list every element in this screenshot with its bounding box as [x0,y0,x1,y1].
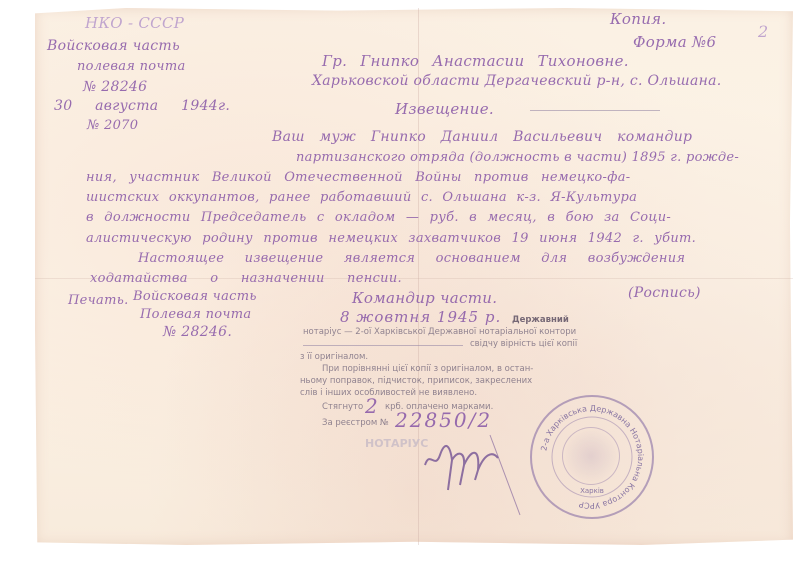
seal-label: Печать. [68,293,129,308]
notice-date: 30 августа 1944г. [54,98,230,114]
addressee-address: Харьковской области Дергачевский р-н, с.… [312,73,722,89]
body-line-1: Ваш муж Гнипко Даниил Васильевич команди… [272,129,692,145]
notary-line-6: ньому поправок, підчисток, приписок, зак… [300,376,532,386]
body-line-4: шистских оккупантов, ранее работавший с.… [86,190,637,205]
body-line-3: ния, участник Великой Отечественной Войн… [86,170,630,185]
notary-line-4: з її оригіналом. [300,352,368,362]
seal-field-post: Полевая почта [140,307,251,322]
notary-faint-stamp: НОТАРІУС [365,437,428,450]
notary-date: 8 жовтня 1945 р. [340,308,501,326]
body-line-2: партизанского отряда (должность в части)… [296,150,739,165]
notary-line-2: нотаріус — 2-ої Харківської Державної но… [303,327,576,337]
notary-fee-label: Стягнуто [322,402,363,412]
seal-city: Харків [580,487,604,495]
copy-label: Копия. [610,10,666,28]
notary-line-3: свідчу вірність цієї копії [470,339,577,349]
notary-round-seal: 2-а Харківська Державна Нотаріальна Конт… [530,395,654,519]
notice-number: № 2070 [87,118,138,133]
notary-line-7: слів і інших особливостей не виявлено. [300,388,477,398]
seal-unit-number: № 28246. [163,324,232,340]
body-line-6: алистическую родину против немецких захв… [86,231,696,246]
body-line-8: ходатайства о назначении пенсии. [90,271,402,286]
addressee-name: Гр. Гнипко Анастасии Тихоновне. [322,52,629,70]
notary-line-1-text: Державний [512,315,569,325]
notary-fee-value: 2 [365,394,378,418]
unit-number: № 28246 [83,79,147,95]
corner-mark: 2 [758,22,768,41]
field-post-label: полевая почта [77,59,186,74]
commander-label: Командир части. [352,289,497,307]
seal-text-ring: 2-а Харківська Державна Нотаріальна Конт… [532,397,652,517]
notary-line-5: При порівнянні цієї копії з оригіналом, … [322,364,533,374]
body-line-7: Настоящее извещение является основанием … [138,251,685,266]
form-number: Форма №6 [633,33,716,51]
unit-label: Войсковая часть [47,38,180,54]
registry-number: 22850/2 [395,408,492,432]
notary-rule [303,345,463,346]
signature-placeholder: (Роспись) [628,285,701,301]
body-line-5: в должности Председатель с окладом — руб… [86,210,671,225]
nko-ussr-label: НКО - СССР [85,14,184,32]
heading-rule [530,110,660,111]
notary-line-1: Державний [512,315,569,325]
registry-label: За реєстром № [322,418,389,428]
notary-signature [420,430,540,520]
seal-unit: Войсковая часть [133,289,257,304]
notice-heading: Извещение. [395,100,494,118]
